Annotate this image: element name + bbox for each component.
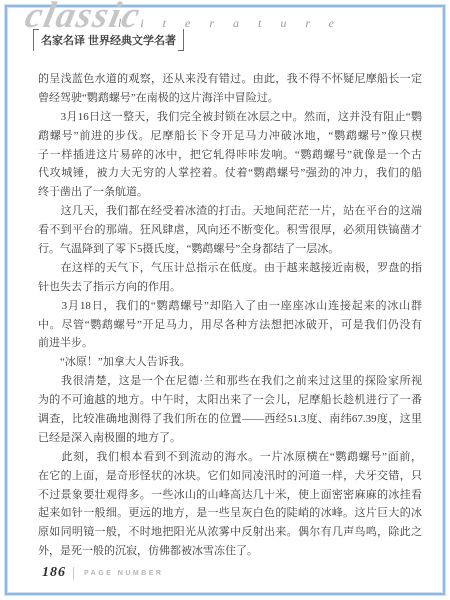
text-line: 鹉螺号”前进的步伐。尼摩船长下令开足马力冲破冰地，“鹦鹉螺号”像只楔	[38, 127, 422, 146]
text-line: 中。尽管“鹦鹉螺号”开足马力，用尽各种方法想把冰破开，可是我们仍没有	[38, 316, 422, 335]
text-line: 原如同明镜一般，不时地把阳光从浓雾中反射出来。偶尔有几声鸟鸣，除此之	[38, 523, 422, 542]
text-line: 在它的上面，是奇形怪状的冰块。它们如同凌汛时的河道一样，犬牙交错，只	[38, 467, 422, 486]
text-line: “冰原！”加拿大人告诉我。	[38, 353, 422, 372]
text-line: 为的不可逾越的地方。中午时，太阳出来了一会儿，尼摩船长趁机进行了一番	[38, 391, 422, 410]
text-line: 调查，比较准确地测得了我们所在的位置——西经51.3度、南纬67.39度，这里	[38, 410, 422, 429]
text-line: 这几天，我们都在经受着冰渣的打击。天地间茫茫一片，站在平台的这端	[38, 202, 422, 221]
text-line: 外，是死一般的沉寂，仿佛都被冰雪冻住了。	[38, 542, 422, 561]
text-line: 子一样插进这片易碎的冰中，把它轧得咔咔发响。“鹦鹉螺号”就像是一个古	[38, 146, 422, 165]
text-line: 终于凿出了一条航道。	[38, 183, 422, 202]
footer-label: PAGE NUMBER	[84, 570, 163, 577]
text-line: 的呈浅蓝色水道的观察，还从来没有错过。由此，我不得不怀疑尼摩船长一定	[38, 70, 422, 89]
text-line: 前进半步。	[38, 334, 422, 353]
text-line: 针也失去了指示方向的作用。	[38, 278, 422, 297]
text-line: 曾经驾驶“鹦鹉螺号”在南极的这片海洋中冒险过。	[38, 89, 422, 108]
text-line: 不过景象要壮观得多。一些冰山的山峰高达几十米，使上面密密麻麻的冰挂看	[38, 486, 422, 505]
text-line: 在这样的天气下，气压计总指示在低度。由于越来越接近南极，罗盘的指	[38, 259, 422, 278]
text-line: 3月18日，我们的“鹦鹉螺号”却陷入了由一座座冰山连接起来的冰山群	[38, 297, 422, 316]
text-line: 此刻，我们根本看到不到流动的海水。一片冰原横在“鹦鹉螺号”面前，	[38, 448, 422, 467]
text-line: 看不到平台的那端。狂风肆虐，风向还不断变化。积雪很厚，必须用铁镐凿才	[38, 221, 422, 240]
text-line: 行。气温降到了零下5摄氏度，“鹦鹉螺号”全身都结了一层冰。	[38, 240, 422, 259]
text-line: 我很清楚，这是一个在尼德·兰和那些在我们之前来过这里的探险家所视	[38, 372, 422, 391]
text-line: 代攻城锤，被力大无穷的人掌控着。仗着“鹦鹉螺号”强劲的冲力，我们的船	[38, 164, 422, 183]
text-line: 已经是深入南极圈的地方了。	[38, 429, 422, 448]
footer-divider	[73, 567, 74, 580]
page-footer: 186 PAGE NUMBER	[42, 563, 163, 583]
body-text: 的呈浅蓝色水道的观察，还从来没有错过。由此，我不得不怀疑尼摩船长一定曾经驾驶“鹦…	[38, 70, 422, 561]
page-header: classic literature 名家名译 世界经典文学名著	[0, 0, 450, 66]
text-line: 起来如针一般细。更远的地方，是一些呈灰白色的陡峭的冰峰。这片巨大的冰	[38, 504, 422, 523]
text-line: 3月16日这一整天，我们完全被封锁在冰层之中。然而，这并没有阻止“鹦	[38, 108, 422, 127]
page-number: 186	[42, 565, 66, 581]
series-label: 名家名译 世界经典文学名著	[33, 29, 184, 51]
